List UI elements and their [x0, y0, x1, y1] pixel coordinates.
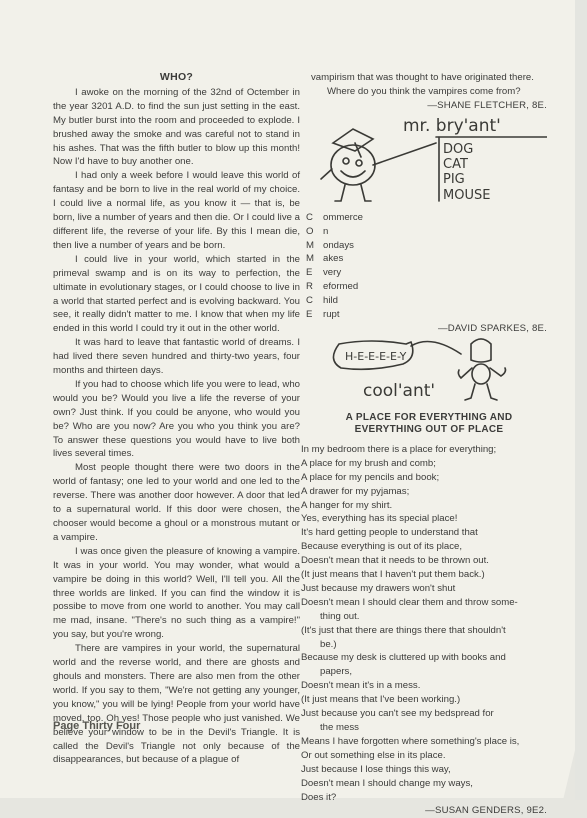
acrostic-letter: R [306, 280, 323, 294]
story-title: WHO? [53, 71, 300, 85]
poem-body: In my bedroom there is a place for every… [301, 443, 547, 800]
poem-line: (It's just that there are things there t… [301, 624, 547, 638]
acrostic-word-rest: ondays [323, 239, 354, 253]
board-word: MOUSE [443, 188, 490, 203]
acrostic-line: Child [306, 294, 547, 308]
poem-line: Doesn't mean I should clear them and thr… [301, 596, 547, 610]
acrostic-line: Commerce [306, 211, 547, 225]
acrostic-letter: E [306, 308, 323, 322]
story-paragraph: Most people thought there were two doors… [53, 461, 300, 544]
acrostic-line: On [306, 225, 547, 239]
poem-line: A place for my brush and comb; [301, 457, 547, 471]
right-column: vampirism that was thought to have origi… [311, 71, 547, 800]
poem-line: Doesn't mean it's in a mess. [301, 679, 547, 693]
acrostic-word-rest: hild [323, 294, 338, 308]
teacher-cartoon-illustration: mr. bry'ant' DOG CAT PIG MOUSE [311, 113, 547, 205]
poem-line: Or out something else in its place. [301, 749, 547, 763]
poem-line: thing out. [301, 610, 547, 624]
board-word: CAT [443, 157, 468, 172]
poem-line: In my bedroom there is a place for every… [301, 443, 547, 457]
page-number: Page Thirty Four [53, 720, 140, 732]
acrostic-letter: C [306, 211, 323, 225]
acrostic-letter: O [306, 225, 323, 239]
acrostic-line: Every [306, 266, 547, 280]
acrostic-letter: M [306, 252, 323, 266]
acrostic-line: Mondays [306, 239, 547, 253]
acrostic-letter: M [306, 239, 323, 253]
story-paragraph: I was once given the pleasure of knowing… [53, 545, 300, 642]
speech-bubble-text: H-E-E-E-E-Y [345, 350, 407, 363]
acrostic-word-rest: ommerce [323, 211, 363, 225]
poem-line: A place for my pencils and book; [301, 471, 547, 485]
figure-caption: cool'ant' [363, 381, 435, 401]
figure-shouting-illustration: H-E-E-E-E-Y cool'ant' [311, 336, 547, 406]
poem-line: Doesn't mean I should change my ways, [301, 777, 547, 791]
poem-line: Because everything is out of its place, [301, 540, 547, 554]
acrostic-word-rest: rupt [323, 308, 340, 322]
story-closing-question: Where do you think the vampires come fro… [311, 85, 547, 99]
acrostic-line: Erupt [306, 308, 547, 322]
poem-line: Means I have forgotten where something's… [301, 735, 547, 749]
poem-line: It's hard getting people to understand t… [301, 526, 547, 540]
board-word: DOG [443, 142, 473, 157]
poem-line: Does it? [301, 791, 547, 800]
author-byline: —DAVID SPARKES, 8E. [311, 322, 547, 336]
acrostic-word-rest: akes [323, 252, 343, 266]
poem-line: Just because I lose things this way, [301, 763, 547, 777]
story-paragraph: I could live in your world, which starte… [53, 253, 300, 336]
story-paragraph: I awoke on the morning of the 32nd of Oc… [53, 86, 300, 169]
poem-line: papers, [301, 665, 547, 679]
acrostic-word-rest: n [323, 225, 328, 239]
acrostic-line: Reformed [306, 280, 547, 294]
story-paragraph: It was hard to leave that fantastic worl… [53, 336, 300, 378]
scan-edge [575, 0, 587, 800]
poem-line: (It just means that I've been working.) [301, 693, 547, 707]
acrostic-word-rest: eformed [323, 280, 358, 294]
acrostic-word-rest: very [323, 266, 341, 280]
acrostic-line: Makes [306, 252, 547, 266]
story-paragraph: I had only a week before I would leave t… [53, 169, 300, 252]
poem-line: Because my desk is cluttered up with boo… [301, 651, 547, 665]
poem-line: be.) [301, 638, 547, 652]
poem-line: Doesn't mean that it needs to be thrown … [301, 554, 547, 568]
poem-line: the mess [301, 721, 547, 735]
author-byline: —SHANE FLETCHER, 8E. [311, 99, 547, 113]
acrostic-letter: E [306, 266, 323, 280]
story-paragraph: There are vampires in your world, the su… [53, 642, 300, 767]
acrostic-poem: CommerceOnMondaysMakesEveryReformedChild… [306, 211, 547, 322]
cartoon-caption: mr. bry'ant' [403, 116, 501, 136]
story-paragraph: If you had to choose which life you were… [53, 378, 300, 461]
board-word: PIG [443, 172, 465, 187]
poem-line: A hanger for my shirt. [301, 499, 547, 513]
poem-title: A PLACE FOR EVERYTHING AND EVERYTHING OU… [311, 412, 547, 437]
poem-line: Just because my drawers won't shut [301, 582, 547, 596]
story-continuation: vampirism that was thought to have origi… [311, 71, 547, 85]
poem-line: Yes, everything has its special place! [301, 512, 547, 526]
poem-line: A drawer for my pyjamas; [301, 485, 547, 499]
story-column: WHO? I awoke on the morning of the 32nd … [53, 71, 300, 767]
poem-line: Just because you can't see my bedspread … [301, 707, 547, 721]
acrostic-letter: C [306, 294, 323, 308]
poem-line: (It just means that I haven't put them b… [301, 568, 547, 582]
